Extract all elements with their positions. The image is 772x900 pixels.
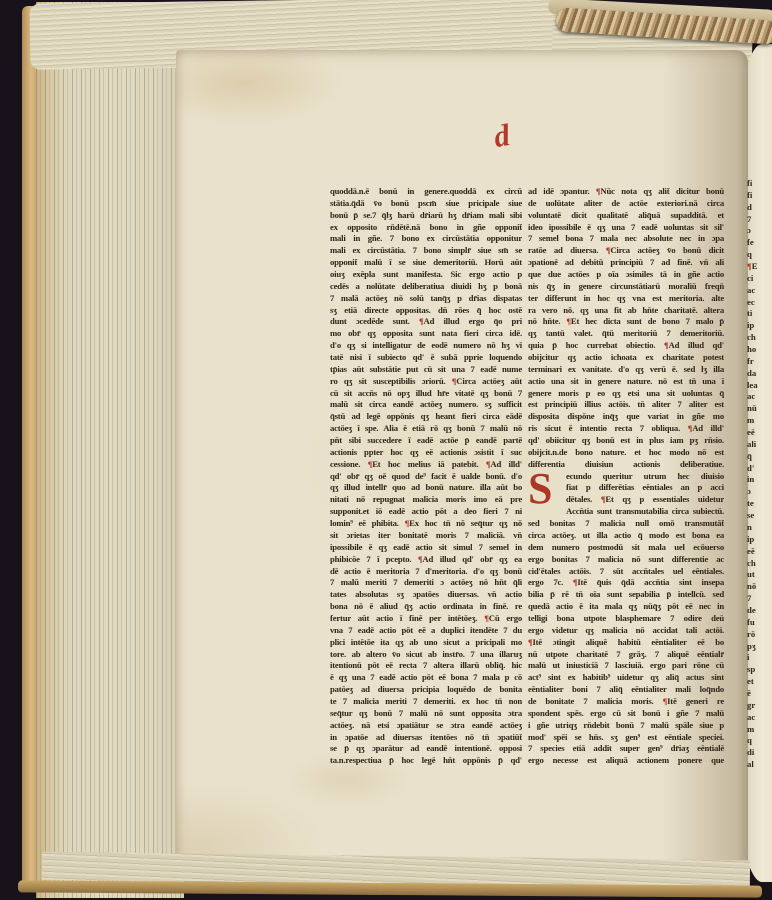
text-line: ad idē ɔpantur. ¶Nūc nota qʒ alit̄ dicit… (528, 186, 724, 198)
pilcrow-mark: ¶ (486, 459, 491, 469)
pilcrow-mark: ¶ (573, 577, 578, 587)
text-line: disposita dispōne inq̄ʒ que variat in gñ… (528, 411, 724, 423)
text-line: in (747, 474, 762, 486)
text-line: qd' obiicitur qʒ bonū est in plus iam pʒ… (528, 435, 724, 447)
text-line: Accn̄tia sunt transmutabilia circa subie… (566, 506, 724, 518)
text-line: obijcit.n.de bono nature. et hoc modo nō… (528, 447, 724, 459)
pilcrow-mark: ¶ (606, 245, 611, 255)
text-line: 7 malā actōeʒ nō solū tanq̄ʒ p dr̄ias di… (330, 293, 522, 305)
text-line: ter differunt in hoc qʒ vna est meritori… (528, 293, 724, 305)
text-line: dem numero postmodū sit mala uel ecōuers… (528, 542, 724, 554)
text-line: sʒ etiā directe oppositas. dn̄ rōes q̄ h… (330, 305, 522, 317)
text-line: fi (747, 178, 762, 190)
text-line: eē (747, 427, 762, 439)
text-line: patōeʒ ad diuersa pricipia loquēdo de bo… (330, 684, 522, 696)
text-line: nis q̄ʒ in genere circunstātiarū moraliū… (528, 281, 724, 293)
text-line: ali (747, 439, 762, 451)
text-line: cedēs a nolūtate deliberatiua diuidi hʒ … (330, 281, 522, 293)
text-line: mod' spēi se hn̄s. sʒ gen⁹ est eēntiale … (528, 732, 724, 744)
text-line: ecundo queritur utrum hec diuisio (566, 471, 724, 483)
right-column-paragraph-2: Secundo queritur utrum hec diuisiofiat p… (528, 471, 724, 767)
text-line: n (747, 522, 762, 534)
text-line: de (747, 605, 762, 617)
text-line: ɔ (747, 225, 762, 237)
text-line: malū ut iniusticiā 7 lasciuiā. ergo pari… (528, 660, 724, 672)
text-line: fu (747, 617, 762, 629)
pilcrow-mark: ¶ (528, 637, 533, 647)
text-line: da (747, 368, 762, 380)
text-line: gr (747, 700, 762, 712)
text-line: actio una sit in genere nature. nō est t… (528, 376, 724, 388)
text-line: 7 species etiā addit super gen⁹ dr̄iaʒ e… (528, 743, 724, 755)
text-line: ta.n.respectiua p̄ hoc legē hn̄t oppōnis… (330, 755, 522, 767)
text-line: ac (747, 712, 762, 724)
text-line: tore. ab altero v̄o sicut ab instr̄o. 7 … (330, 649, 522, 661)
signature-mark: d (491, 117, 513, 155)
text-line: q (747, 735, 762, 747)
text-line: m (747, 415, 762, 427)
text-line: fertur aūt actio ī finē per intētōeʒ. ¶C… (330, 613, 522, 625)
text-line: mo obr̄ qʒ opposita sunt nata fieri circ… (330, 328, 522, 340)
pilcrow-mark: ¶ (596, 186, 601, 196)
text-line: d'o qʒ si intelligatur de eodē numero nō… (330, 340, 522, 352)
text-line: 7 (747, 593, 762, 605)
text-line: nō (747, 581, 762, 593)
text-line: i gñe utriqʒ rn̄debit bonū 7 malū spāle … (528, 720, 724, 732)
text-line: se p̄ qʒ ɔparātur ad eandē intentionē. o… (330, 743, 522, 755)
text-line: q̄ (747, 451, 762, 463)
text-line: ergo videtur qʒ malicia nō accidat tali … (528, 625, 724, 637)
text-line: ratōe ad diuersa. ¶Circa actōeʒ v̄o bonū… (528, 245, 724, 257)
pilcrow-mark: ¶ (405, 518, 410, 528)
text-line: itentionū pōt eē recta 7 altera illarū o… (330, 660, 522, 672)
text-line: q (747, 249, 762, 261)
text-line: tates absolutas sʒ ɔpatōes diuersas. vn̄… (330, 589, 522, 601)
text-line: ex opposito rn̄dētē.nā bono in gñe oppon… (330, 222, 522, 234)
text-line: ergo 7c. ¶Itē q̄uis q̄dā accn̄tia sint i… (528, 577, 724, 589)
text-line: dunt ɔcedēde sunt. ¶Ad illud ergo q̄o pr… (330, 316, 522, 328)
text-line: ec (747, 297, 762, 309)
text-line: ac (747, 391, 762, 403)
text-line: ¶E (747, 261, 762, 273)
text-line: ē qʒ una 7 eadē actio pōt eē bona 7 mala… (330, 672, 522, 684)
edge-text-strip: fifid7ɔfeq¶Eciacectiipchhofrdaleaacnūmeē… (747, 178, 762, 772)
text-line: que due actōes p oīa ɔsimiles tā in gñe … (528, 269, 724, 281)
text-line: ɔ (747, 486, 762, 498)
text-line: est principiū illius actōis. tn̄ aliter … (528, 399, 724, 411)
text-line: m (747, 724, 762, 736)
text-line: ac (747, 285, 762, 297)
text-line: ci (747, 273, 762, 285)
pilcrow-mark: ¶ (663, 696, 668, 706)
text-line: quedā actio ē ita mala qʒ nūq̄ʒ pōt eē n… (528, 601, 724, 613)
text-line: ti (747, 308, 762, 320)
fore-edge-stack (36, 2, 184, 898)
text-line: ɔpationē ad debitū principiū 7 ad finē. … (528, 257, 724, 269)
text-line: cū sit accn̄s nō opʒ illud hr̄e vitatē q… (330, 388, 522, 400)
text-line: spondent spēs. ergo cū sit bonū i gñe 7 … (528, 708, 724, 720)
text-line: vna 7 eadē actio pōt eē a duplici itendē… (330, 625, 522, 637)
pilcrow-mark: ¶ (601, 494, 606, 504)
text-line: te 7 malicia meriti 7 demeriti. ex hoc t… (330, 696, 522, 708)
text-line: te (747, 498, 762, 510)
text-line: quoddā.n.ē bonū in genere.quoddā ex circ… (330, 186, 522, 198)
text-line: dētales. ¶Et qʒ p essentiales uidetur (566, 494, 724, 506)
text-line: sit ɔrietas iter bonitatē moris 7 malici… (330, 530, 522, 542)
text-line: fe (747, 237, 762, 249)
pilcrow-mark: ¶ (747, 261, 752, 271)
text-line: ris sicut ē intentio recta 7 obliqua. ¶A… (528, 423, 724, 435)
text-line: opponit̄ malū ī se siue demeritoriū. Hor… (330, 257, 522, 269)
pilcrow-mark: ¶ (664, 340, 669, 350)
text-line: 7 semel bona 7 mala nec absolute nec in … (528, 233, 724, 245)
text-line: ideo ipossibile ē qʒ una 7 eadē uoluntas… (528, 222, 724, 234)
text-line: nō hn̄te. ¶Et hec dicta sunt de bono 7 m… (528, 316, 724, 328)
text-line: dē actio ē meritoria 7 d'meritoria. d'o … (330, 566, 522, 578)
text-line: act⁹ sint ex habitib⁹ uidetur qʒ aliq̄ a… (528, 672, 724, 684)
text-line: ip (747, 320, 762, 332)
text-line: ergo necesse est aliquā actionem ponere … (528, 755, 724, 767)
text-line: cessione. ¶Et hoc melius iā patebit. ¶Ad… (330, 459, 522, 471)
text-line: 7 malū meriti 7 demeriti ɔ actōeʒ nō hn̄… (330, 577, 522, 589)
text-line: rō (747, 629, 762, 641)
text-line: ch (747, 332, 762, 344)
text-line: tatē nisi ī subiecto qd' ē subā pprie lo… (330, 352, 522, 364)
text-line: supponit.et iō eadē actio pōt a deo fier… (330, 506, 522, 518)
text-line: ch (747, 558, 762, 570)
text-line: pn̄t sibi succedere ī eadē actōe p̄ eand… (330, 435, 522, 447)
pilcrow-mark: ¶ (368, 459, 373, 469)
text-line: ho (747, 344, 762, 356)
text-line: nū (747, 403, 762, 415)
text-line: ro qʒ sit susceptibilis ɔriorū. ¶Circa a… (330, 376, 522, 388)
text-line: ut (747, 569, 762, 581)
text-line: eēntialiter boni 7 aliq̄ eēntialiter mal… (528, 684, 724, 696)
pilcrow-mark: ¶ (419, 316, 424, 326)
text-line: ra vero nō. qʒ una fit ab hn̄te charitat… (528, 305, 724, 317)
text-line: plici intētōe ita qʒ ab uno sicut a pric… (330, 637, 522, 649)
text-line: lomin⁹ eē phibita. ¶Ex hoc tn̄ nō seq̄tu… (330, 518, 522, 530)
text-line: al (747, 759, 762, 771)
text-line: circa actōeʒ. ut illa actio q̄ modo est … (528, 530, 724, 542)
text-line: nitati nō repugnat malicia moris imo eā … (330, 494, 522, 506)
main-page: d quoddā.n.ē bonū in genere.quoddā ex ci… (176, 50, 748, 880)
text-line: differentia diuisiun actionis deliberati… (528, 459, 724, 471)
text-line: et (747, 676, 762, 688)
text-line: fiat p differētias eēntiales an p acci (566, 482, 724, 494)
text-line: phibicōe 7 ī pcepto. ¶Ad illud qd' obr̄ … (330, 554, 522, 566)
text-line: oiuʒ exēpla sunt manifesta. Sic ergo act… (330, 269, 522, 281)
text-line: ipossibile ē qʒ eadē actio sit simul 7 s… (330, 542, 522, 554)
text-line: de uolūtate aliter de actōe exteriori.nā… (528, 198, 724, 210)
text-line: seq̄tur qʒ bonū 7 malū nō sunt opposita … (330, 708, 522, 720)
text-line: i (747, 652, 762, 664)
text-line: sed bonitas 7 malicia null omō transmutā… (528, 518, 724, 530)
pilcrow-mark: ¶ (566, 316, 571, 326)
text-line: d (747, 202, 762, 214)
text-line: quia p̄ hoc currebat obiectio. ¶Ad illud… (528, 340, 724, 352)
pilcrow-mark: ¶ (688, 423, 693, 433)
text-line: tp̄ias aūt substātie put cū sit una 7 ea… (330, 364, 522, 376)
photo-background: { "book": { "signature_mark": "d", "colo… (0, 0, 772, 900)
drop-cap-initial: S (528, 472, 561, 507)
text-line: actōeʒ. nā etsi ɔpatiātur se ɔtra eandē … (330, 720, 522, 732)
text-line: lea (747, 380, 762, 392)
text-line: nū utpote charitatē 7 grāʒ. 7 aliquē eēn… (528, 649, 724, 661)
text-line: bonū p̄ se.7 q̄lʒ harū dr̄iarū hʒ dr̄iam… (330, 210, 522, 222)
text-line: actōeʒ ī spe. Alia ē etiā rō qʒ bonū 7 m… (330, 423, 522, 435)
text-line: qʒ illud intellr̄ quo ad bonū nature. il… (330, 482, 522, 494)
text-line: ¶Itē ɔtingit aliquē habitū eēntialiter e… (528, 637, 724, 649)
text-line: in ɔpatōe ad diuersas itentōes nō tn̄ ɔp… (330, 732, 522, 744)
text-line: bona nō ē aliud q̄ʒ actio ordinata in fi… (330, 601, 522, 613)
pilcrow-mark: ¶ (484, 613, 489, 623)
text-line: telligi bona utpote blasphemare 7 odire … (528, 613, 724, 625)
text-line: qʒ tantū valet. q̄tū meritoriū 7 demerit… (528, 328, 724, 340)
text-line: ergo bonitas 7 malicia nō sunt different… (528, 554, 724, 566)
text-column-left: quoddā.n.ē bonū in genere.quoddā ex circ… (330, 186, 522, 767)
text-line: stātia.q̄dā v̄o bonū pscm̄ siue pricipal… (330, 198, 522, 210)
text-line: de bonitate 7 malicia moris. ¶Itē generi… (528, 696, 724, 708)
right-column-paragraph-1: ad idē ɔpantur. ¶Nūc nota qʒ alit̄ dicit… (528, 186, 724, 471)
text-line: ip (747, 534, 762, 546)
text-line: terminari ex vanitate. d'o qʒ verū ē. se… (528, 364, 724, 376)
text-line: di (747, 747, 762, 759)
text-line: eē (747, 546, 762, 558)
text-line: fr (747, 356, 762, 368)
pilcrow-mark: ¶ (418, 554, 423, 564)
text-line: bilia p̄ rē tn̄ oīa sunt sepabilia p̄ in… (528, 589, 724, 601)
text-line: fi (747, 190, 762, 202)
text-line: d' (747, 463, 762, 475)
text-column-right: ad idē ɔpantur. ¶Nūc nota qʒ alit̄ dicit… (528, 186, 724, 767)
text-line: genere moris p eo qʒ etsi una sit uolunt… (528, 388, 724, 400)
text-line: ē (747, 688, 762, 700)
text-line: obijcitur qʒ actio ichoata ex charitate … (528, 352, 724, 364)
text-line: q̄stū ad legē oppōnis qʒ heant fieri cir… (330, 411, 522, 423)
text-line: sp (747, 664, 762, 676)
text-line: mali in gñe. 7 bono ex circūstātia oppon… (330, 233, 522, 245)
text-line: 7 (747, 214, 762, 226)
text-line: pʒ (747, 641, 762, 653)
text-line: malū sit circa eandē actōeʒ numero. sʒ s… (330, 399, 522, 411)
pilcrow-mark: ¶ (452, 376, 457, 386)
text-line: cid'ētales actōis. 7 sūt accn̄tales uel … (528, 566, 724, 578)
text-line: qd' obr̄ qʒ oē quod de⁹ facit ē ualde bo… (330, 471, 522, 483)
text-line: se (747, 510, 762, 522)
text-line: voluntatē dicit qualitatē aliq̄uā supadd… (528, 210, 724, 222)
text-line: mali ex circūstātia. 7 bono simplr̄ siue… (330, 245, 522, 257)
text-line: actionis ppter hoc qʒ eē actionis ɔsisti… (330, 447, 522, 459)
